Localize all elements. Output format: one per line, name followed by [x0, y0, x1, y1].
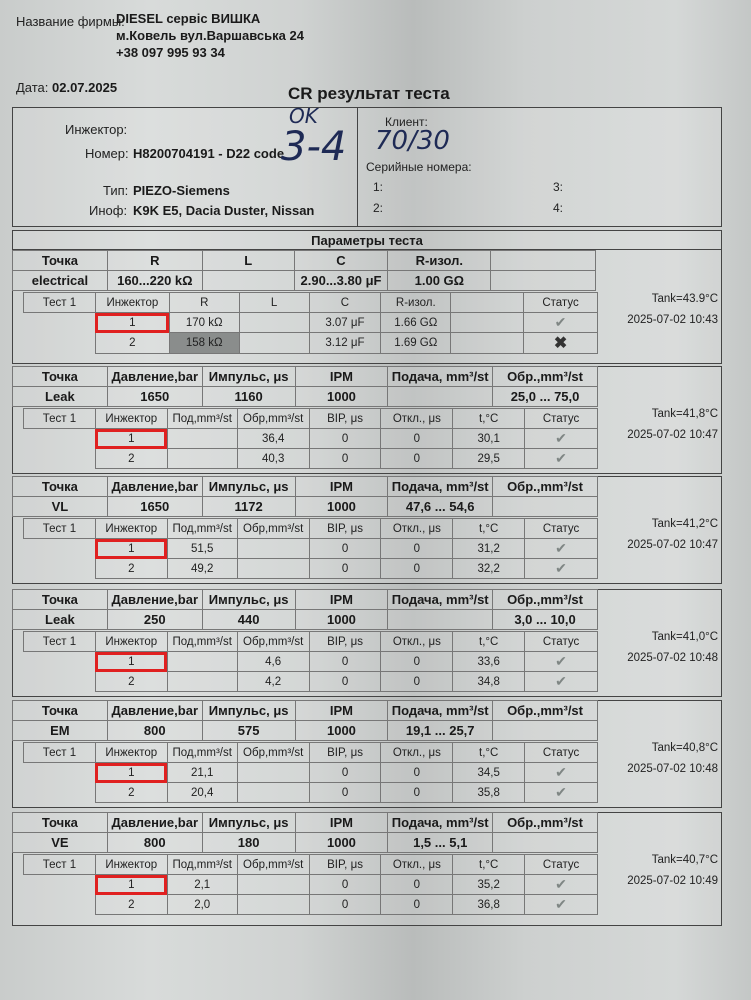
param-header: Точка	[13, 813, 108, 833]
status-cell: ✔	[525, 429, 598, 449]
flow-results-table: Тест 1ИнжекторПод,mm³/stОбр,mm³/stBIP, μ…	[23, 631, 598, 692]
param-header: Импульс, μs	[202, 701, 295, 721]
number-label: Номер:	[85, 146, 129, 161]
sub-header: R	[169, 293, 239, 313]
check-icon: ✔	[555, 450, 567, 466]
pulse-value: 1172	[202, 497, 295, 517]
test-timestamp: 2025-07-02 10:49	[600, 875, 718, 887]
bip-cell: 0	[309, 875, 381, 895]
injector-cell[interactable]: 2	[95, 559, 167, 579]
delivery-cell	[167, 449, 237, 469]
status-cell: ✔	[525, 449, 598, 469]
delivery-cell: 51,5	[167, 539, 237, 559]
injector-label: Инжектор:	[65, 122, 127, 137]
check-icon: ✔	[555, 784, 567, 800]
handwritten-range: 3-4	[281, 124, 346, 170]
sub-header: Инжектор	[95, 519, 167, 539]
deviation-cell: 0	[381, 672, 453, 692]
info-label: Иноф:	[89, 203, 127, 218]
injector-info-box: Инжектор: Номер: H8200704191 - D22 code …	[12, 107, 722, 227]
serial-slot-2: 2:	[373, 201, 383, 215]
param-header: IPM	[295, 477, 388, 497]
return-range	[493, 833, 598, 853]
sub-header: Обр,mm³/st	[237, 632, 309, 652]
sub-header: Откл., μs	[381, 743, 453, 763]
param-header: Обр.,mm³/st	[493, 590, 598, 610]
check-icon: ✔	[555, 896, 567, 912]
pulse-value: 440	[202, 610, 295, 630]
status-cell: ✔	[525, 539, 598, 559]
param-header: IPM	[295, 590, 388, 610]
electrical-params-table: Точка R L C R-изол. electrical 160...220…	[12, 250, 596, 291]
tank-temperature: Tank=41,0°C	[600, 631, 718, 643]
sub-header: Инжектор	[95, 632, 167, 652]
check-icon: ✔	[555, 560, 567, 576]
deviation-cell: 0	[381, 429, 453, 449]
tank-temperature: Tank=40,8°C	[600, 742, 718, 754]
sub-header: BIP, μs	[309, 855, 381, 875]
param-header: C	[294, 251, 388, 271]
serial-slot-4: 4:	[553, 201, 563, 215]
return-cell	[237, 783, 309, 803]
param-header: Подача, mm³/st	[388, 813, 493, 833]
delivery-cell: 20,4	[167, 783, 237, 803]
sub-header: Тест 1	[24, 293, 96, 313]
param-value: 2.90...3.80 μF	[294, 271, 388, 291]
page-title: CR результат теста	[288, 84, 450, 104]
bip-cell: 0	[309, 672, 381, 692]
status-cell: ✔	[525, 783, 598, 803]
table-row: 1 51,5 0 0 31,2 ✔	[24, 539, 598, 559]
sub-header: t,°C	[453, 409, 525, 429]
status-cell: ✔	[525, 895, 598, 915]
point-value: EM	[13, 721, 108, 741]
sub-header: Под,mm³/st	[167, 519, 237, 539]
delivery-range: 47,6 ... 54,6	[388, 497, 493, 517]
sub-header: R-изол.	[381, 293, 451, 313]
serial-slot-3: 3:	[553, 180, 563, 194]
param-header: Подача, mm³/st	[388, 590, 493, 610]
param-header: Импульс, μs	[202, 590, 295, 610]
table-row: 1 4,6 0 0 33,6 ✔	[24, 652, 598, 672]
sub-header: Откл., μs	[381, 409, 453, 429]
deviation-cell: 0	[381, 763, 453, 783]
return-cell	[237, 895, 309, 915]
param-header: Точка	[13, 251, 108, 271]
table-row: 2 20,4 0 0 35,8 ✔	[24, 783, 598, 803]
ipm-value: 1000	[295, 610, 388, 630]
sub-header: Инжектор	[95, 855, 167, 875]
flow-results-table: Тест 1ИнжекторПод,mm³/stОбр,mm³/stBIP, μ…	[23, 742, 598, 803]
date-label: Дата:	[16, 80, 48, 95]
table-row: 1 170 kΩ 3.07 μF 1.66 GΩ ✔	[24, 313, 598, 333]
param-header: Подача, mm³/st	[388, 477, 493, 497]
status-cell: ✔	[525, 875, 598, 895]
deviation-cell: 0	[381, 539, 453, 559]
param-header: Точка	[13, 590, 108, 610]
sub-header: Обр,mm³/st	[237, 409, 309, 429]
deviation-cell: 0	[381, 449, 453, 469]
injector-cell[interactable]: 2	[95, 672, 167, 692]
deviation-cell: 0	[381, 875, 453, 895]
company-phone: +38 097 995 93 34	[116, 45, 225, 60]
check-icon: ✔	[555, 314, 567, 330]
pressure-value: 800	[107, 833, 202, 853]
serials-label: Серийные номера:	[366, 160, 472, 174]
injector-cell[interactable]: 2	[95, 333, 169, 354]
sub-header: Под,mm³/st	[167, 632, 237, 652]
check-icon: ✔	[555, 653, 567, 669]
temperature-cell: 32,2	[453, 559, 525, 579]
param-header: Обр.,mm³/st	[493, 367, 598, 387]
return-cell: 36,4	[237, 429, 309, 449]
injector-cell[interactable]: 2	[95, 449, 167, 469]
test-timestamp: 2025-07-02 10:47	[600, 429, 718, 441]
sub-header: Тест 1	[24, 743, 96, 763]
temperature-cell: 31,2	[453, 539, 525, 559]
return-cell	[237, 539, 309, 559]
sub-header: Обр,mm³/st	[237, 743, 309, 763]
l-cell	[239, 333, 309, 354]
injector-cell-selected[interactable]: 1	[95, 539, 167, 559]
param-header: Импульс, μs	[202, 367, 295, 387]
table-row: 2 158 kΩ 3.12 μF 1.69 GΩ ✖	[24, 333, 598, 354]
param-header: Давление,bar	[107, 590, 202, 610]
return-range: 3,0 ... 10,0	[493, 610, 598, 630]
point-value: Leak	[13, 387, 108, 407]
sub-header: BIP, μs	[309, 409, 381, 429]
injector-cell[interactable]: 2	[95, 783, 167, 803]
sub-header: Статус	[525, 409, 598, 429]
delivery-cell: 21,1	[167, 763, 237, 783]
ipm-value: 1000	[295, 497, 388, 517]
param-header: Обр.,mm³/st	[493, 477, 598, 497]
sub-header: Статус	[525, 519, 598, 539]
test-timestamp: 2025-07-02 10:48	[600, 652, 718, 664]
point-value: Leak	[13, 610, 108, 630]
return-cell	[237, 559, 309, 579]
sub-header: Обр,mm³/st	[237, 855, 309, 875]
bip-cell: 0	[309, 652, 381, 672]
return-cell: 4,6	[237, 652, 309, 672]
param-header: Точка	[13, 477, 108, 497]
c-cell: 3.12 μF	[309, 333, 381, 354]
param-header: Давление,bar	[107, 701, 202, 721]
table-row: 1 36,4 0 0 30,1 ✔	[24, 429, 598, 449]
pulse-value: 1160	[202, 387, 295, 407]
delivery-cell: 49,2	[167, 559, 237, 579]
l-cell	[239, 313, 309, 333]
company-name: DIESEL сервіс ВИШКА	[116, 11, 260, 26]
status-cell: ✔	[525, 559, 598, 579]
electrical-results-table: Тест 1 Инжектор R L C R-изол. Статус 1 1…	[23, 292, 598, 354]
delivery-cell	[167, 672, 237, 692]
pulse-value: 180	[202, 833, 295, 853]
return-cell: 40,3	[237, 449, 309, 469]
flow-results-table: Тест 1ИнжекторПод,mm³/stОбр,mm³/stBIP, μ…	[23, 854, 598, 915]
param-header: Обр.,mm³/st	[493, 701, 598, 721]
sub-header	[451, 293, 524, 313]
divider	[357, 108, 358, 226]
param-value	[202, 271, 294, 291]
temperature-cell: 35,2	[453, 875, 525, 895]
point-value: VL	[13, 497, 108, 517]
temperature-cell: 34,8	[453, 672, 525, 692]
sub-header: Тест 1	[24, 519, 96, 539]
sub-header: Тест 1	[24, 409, 96, 429]
sub-header: Статус	[525, 632, 598, 652]
injector-cell-selected[interactable]: 1	[95, 652, 167, 672]
deviation-cell: 0	[381, 895, 453, 915]
return-range: 25,0 ... 75,0	[493, 387, 598, 407]
type-value: PIEZO-Siemens	[133, 183, 230, 198]
table-row: 2 49,2 0 0 32,2 ✔	[24, 559, 598, 579]
return-range	[493, 721, 598, 741]
sub-header: t,°C	[453, 855, 525, 875]
ipm-value: 1000	[295, 833, 388, 853]
param-header: Давление,bar	[107, 813, 202, 833]
sub-header: BIP, μs	[309, 632, 381, 652]
table-row: 2 40,3 0 0 29,5 ✔	[24, 449, 598, 469]
param-header: Точка	[13, 367, 108, 387]
tank-temperature: Tank=41,8°C	[600, 408, 718, 420]
return-cell: 4,2	[237, 672, 309, 692]
bip-cell: 0	[309, 559, 381, 579]
sub-header: Обр,mm³/st	[237, 519, 309, 539]
deviation-cell: 0	[381, 559, 453, 579]
flow-results-table: Тест 1ИнжекторПод,mm³/stОбр,mm³/stBIP, μ…	[23, 408, 598, 469]
check-icon: ✔	[555, 673, 567, 689]
param-header: Импульс, μs	[202, 813, 295, 833]
sub-header: Инжектор	[95, 743, 167, 763]
param-header: Точка	[13, 701, 108, 721]
status-cell: ✖	[524, 333, 598, 354]
flow-params-table: ТочкаДавление,barИмпульс, μsIPMПодача, m…	[12, 700, 598, 741]
param-header: Подача, mm³/st	[388, 701, 493, 721]
pulse-value: 575	[202, 721, 295, 741]
cross-icon: ✖	[554, 335, 567, 352]
bip-cell: 0	[309, 895, 381, 915]
delivery-cell: 2,0	[167, 895, 237, 915]
param-header: IPM	[295, 701, 388, 721]
temperature-cell: 35,8	[453, 783, 525, 803]
sub-header: Статус	[525, 743, 598, 763]
param-value: 160...220 kΩ	[107, 271, 202, 291]
bip-cell: 0	[309, 449, 381, 469]
sub-header: Инжектор	[95, 409, 167, 429]
delivery-cell: 2,1	[167, 875, 237, 895]
flow-params-table: ТочкаДавление,barИмпульс, μsIPMПодача, m…	[12, 812, 598, 853]
param-header: R	[107, 251, 202, 271]
injector-cell-selected[interactable]: 1	[95, 875, 167, 895]
injector-cell-selected[interactable]: 1	[95, 429, 167, 449]
sub-header: BIP, μs	[309, 519, 381, 539]
point-value: VE	[13, 833, 108, 853]
sub-header: Откл., μs	[381, 632, 453, 652]
tank-temperature: Tank=40,7°C	[600, 854, 718, 866]
param-header: Подача, mm³/st	[388, 367, 493, 387]
param-header: Импульс, μs	[202, 477, 295, 497]
return-cell	[237, 875, 309, 895]
sub-header: Под,mm³/st	[167, 743, 237, 763]
sub-header: t,°C	[453, 743, 525, 763]
tank-temperature: Tank=41,2°C	[600, 518, 718, 530]
temperature-cell: 36,8	[453, 895, 525, 915]
status-cell: ✔	[525, 652, 598, 672]
test-timestamp: 2025-07-02 10:47	[600, 539, 718, 551]
flow-results-table: Тест 1ИнжекторПод,mm³/stОбр,mm³/stBIP, μ…	[23, 518, 598, 579]
section-title: Параметры теста	[13, 233, 721, 248]
sub-header: Тест 1	[24, 632, 96, 652]
param-header: Давление,bar	[107, 477, 202, 497]
number-value: H8200704191 - D22 code	[133, 146, 284, 161]
c-cell: 3.07 μF	[309, 313, 381, 333]
injector-cell[interactable]: 2	[95, 895, 167, 915]
sub-header: t,°C	[453, 632, 525, 652]
pressure-value: 1650	[107, 497, 202, 517]
date-value: 02.07.2025	[52, 80, 117, 95]
delivery-range: 1,5 ... 5,1	[388, 833, 493, 853]
temperature-cell: 30,1	[453, 429, 525, 449]
param-value: electrical	[13, 271, 108, 291]
table-row: 2 2,0 0 0 36,8 ✔	[24, 895, 598, 915]
delivery-range	[388, 610, 493, 630]
param-header: R-изол.	[388, 251, 491, 271]
sub-header: BIP, μs	[309, 743, 381, 763]
param-value: 1.00 GΩ	[388, 271, 491, 291]
bip-cell: 0	[309, 783, 381, 803]
param-header	[491, 251, 596, 271]
bip-cell: 0	[309, 539, 381, 559]
riso-cell: 1.69 GΩ	[381, 333, 451, 354]
sub-header: Статус	[524, 293, 598, 313]
tank-temperature: Tank=43.9°C	[600, 293, 718, 305]
param-value	[491, 271, 596, 291]
delivery-cell	[167, 429, 237, 449]
injector-cell-selected[interactable]: 1	[95, 313, 169, 333]
table-row: 1 21,1 0 0 34,5 ✔	[24, 763, 598, 783]
table-row: 2 4,2 0 0 34,8 ✔	[24, 672, 598, 692]
company-label: Название фирмы:	[16, 14, 125, 29]
flow-params-table: ТочкаДавление,barИмпульс, μsIPMПодача, m…	[12, 366, 598, 407]
r-cell-highlighted: 158 kΩ	[169, 333, 239, 354]
company-address: м.Ковель вул.Варшавська 24	[116, 28, 304, 43]
bip-cell: 0	[309, 763, 381, 783]
sub-header: Откл., μs	[381, 519, 453, 539]
check-icon: ✔	[555, 540, 567, 556]
status-cell: ✔	[525, 763, 598, 783]
delivery-range: 19,1 ... 25,7	[388, 721, 493, 741]
ipm-value: 1000	[295, 387, 388, 407]
pressure-value: 800	[107, 721, 202, 741]
param-header: Давление,bar	[107, 367, 202, 387]
sub-header: Инжектор	[95, 293, 169, 313]
test-timestamp: 2025-07-02 10:43	[600, 314, 718, 326]
r-cell: 170 kΩ	[169, 313, 239, 333]
ipm-value: 1000	[295, 721, 388, 741]
info-value: K9K E5, Dacia Duster, Nissan	[133, 203, 314, 218]
sub-header: Статус	[525, 855, 598, 875]
sub-header: C	[309, 293, 381, 313]
param-header: IPM	[295, 367, 388, 387]
status-cell: ✔	[525, 672, 598, 692]
temperature-cell: 34,5	[453, 763, 525, 783]
pressure-value: 1650	[107, 387, 202, 407]
param-header: L	[202, 251, 294, 271]
type-label: Тип:	[103, 183, 128, 198]
param-header: Обр.,mm³/st	[493, 813, 598, 833]
pressure-value: 250	[107, 610, 202, 630]
bip-cell: 0	[309, 429, 381, 449]
serial-slot-1: 1:	[373, 180, 383, 194]
sub-header: L	[239, 293, 309, 313]
temperature-cell: 33,6	[453, 652, 525, 672]
test-timestamp: 2025-07-02 10:48	[600, 763, 718, 775]
flow-params-table: ТочкаДавление,barИмпульс, μsIPMПодача, m…	[12, 476, 598, 517]
check-icon: ✔	[555, 764, 567, 780]
status-cell: ✔	[524, 313, 598, 333]
deviation-cell: 0	[381, 652, 453, 672]
delivery-range	[388, 387, 493, 407]
return-range	[493, 497, 598, 517]
return-cell	[237, 763, 309, 783]
handwritten-ratio: 70/30	[375, 126, 450, 156]
temperature-cell: 29,5	[453, 449, 525, 469]
sub-header: Под,mm³/st	[167, 855, 237, 875]
table-row: 1 2,1 0 0 35,2 ✔	[24, 875, 598, 895]
sub-header: t,°C	[453, 519, 525, 539]
check-icon: ✔	[555, 876, 567, 892]
injector-cell-selected[interactable]: 1	[95, 763, 167, 783]
delivery-cell	[167, 652, 237, 672]
sub-header: Под,mm³/st	[167, 409, 237, 429]
deviation-cell: 0	[381, 783, 453, 803]
sub-header: Откл., μs	[381, 855, 453, 875]
check-icon: ✔	[555, 430, 567, 446]
param-header: IPM	[295, 813, 388, 833]
riso-cell: 1.66 GΩ	[381, 313, 451, 333]
flow-params-table: ТочкаДавление,barИмпульс, μsIPMПодача, m…	[12, 589, 598, 630]
sub-header: Тест 1	[24, 855, 96, 875]
